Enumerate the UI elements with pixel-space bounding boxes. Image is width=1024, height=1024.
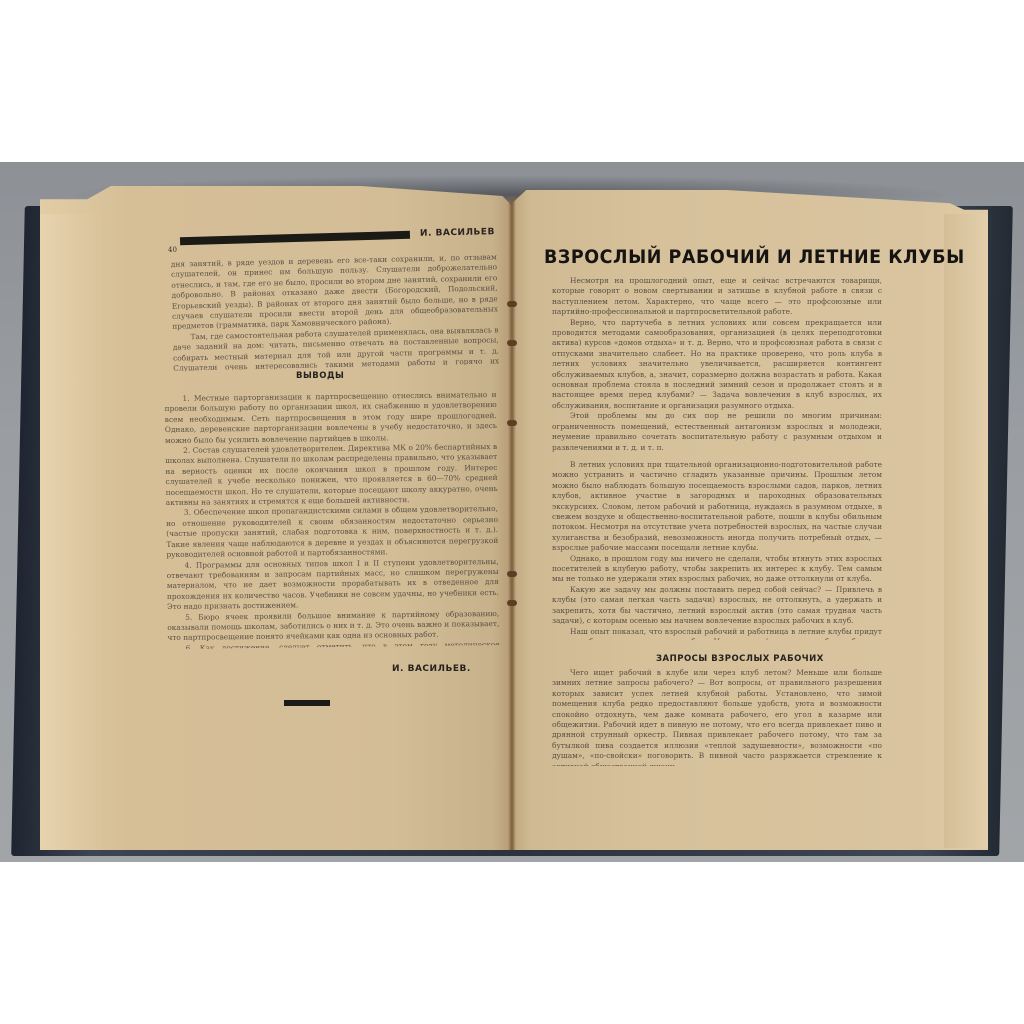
conclusion-item: 5. Бюро ячеек проявили большое внимание … [167, 608, 499, 643]
binding-stitch [507, 571, 517, 577]
conclusion-item: 3. Обеспечение школ пропагандистскими си… [166, 504, 499, 560]
binding-stitch [507, 420, 517, 426]
section-heading-conclusions: ВЫВОДЫ [296, 371, 344, 381]
binding-stitch [507, 301, 517, 307]
paragraph: Наш опыт показал, что взрослый рабочий и… [552, 627, 882, 641]
end-rule [284, 700, 330, 706]
paragraph: Однако, в прошлом году мы ничего не сдел… [552, 554, 882, 585]
page-number: 40 [168, 246, 177, 254]
article-title: ВЗРОСЛЫЙ РАБОЧИЙ И ЛЕТНИЕ КЛУБЫ [544, 246, 965, 268]
left-intro-text: дня занятий, в ряде уездов и деревень ег… [171, 252, 499, 371]
binding-stitch [507, 600, 517, 606]
paragraph: дня занятий, в ряде уездов и деревень ег… [171, 252, 499, 332]
paragraph: Какую же задачу мы должны поставить пере… [552, 585, 882, 627]
running-head: И. ВАСИЛЬЕВ [180, 228, 510, 248]
running-head-rule [180, 231, 410, 245]
paragraph: Там, где самостоятельная работа слушател… [172, 325, 499, 372]
right-text-a: Несмотря на прошлогодний опыт, еще и сей… [552, 276, 882, 453]
conclusions-list: 1. Местные парторганизации к партпросвещ… [164, 390, 499, 649]
paragraph: Этой проблемы мы до сих пор не решили по… [552, 411, 882, 453]
right-page-edges [944, 214, 988, 848]
conclusion-item: 1. Местные парторганизации к партпросвещ… [164, 390, 497, 446]
paragraph: Несмотря на прошлогодний опыт, еще и сей… [552, 276, 882, 318]
right-text-b: В летних условиях при тщательной организ… [552, 460, 882, 640]
section-heading-requests: ЗАПРОСЫ ВЗРОСЛЫХ РАБОЧИХ [656, 654, 824, 664]
paragraph: Верно, что партучеба в летних условиях и… [552, 318, 882, 412]
running-head-author: И. ВАСИЛЬЕВ [420, 227, 495, 239]
paragraph: В летних условиях при тщательной организ… [552, 460, 882, 554]
author-signature: И. ВАСИЛЬЕВ. [392, 664, 471, 674]
binding-stitch [507, 340, 517, 346]
conclusion-item: 4. Программы для основных типов школ I и… [166, 556, 499, 612]
conclusion-item: 2. Состав слушателей удовлетворителен. Д… [165, 442, 498, 508]
right-text-c: Чего ищет рабочий в клубе или через клуб… [552, 668, 882, 766]
left-page-edges [40, 214, 102, 850]
book-gutter [508, 196, 516, 850]
paragraph: Чего ищет рабочий в клубе или через клуб… [552, 668, 882, 766]
